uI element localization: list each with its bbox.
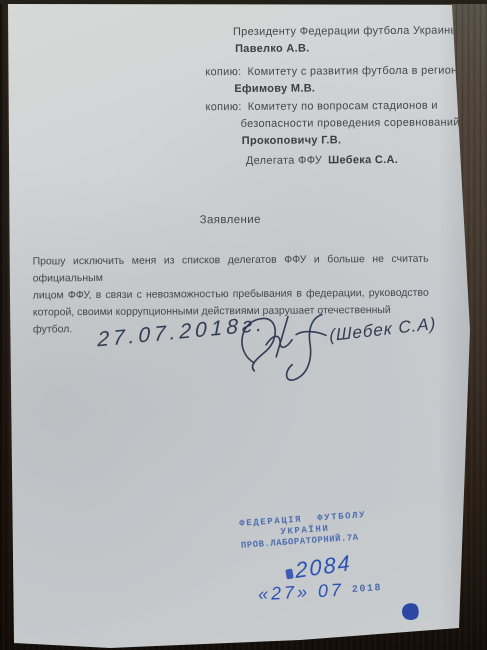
printed-text-layer: Президенту Федерации футбола Украины Пав… (0, 0, 487, 650)
recipient-line: копию:Комитету с развития футбола в реги… (205, 64, 470, 78)
sender-role: Делегата ФФУ (246, 154, 322, 167)
photo-background: Президенту Федерации футбола Украины Пав… (0, 0, 487, 650)
recipient2-name: Ефимову М.В. (234, 82, 315, 95)
recipient1-name: Павелко А.В. (235, 43, 310, 56)
sender-name: Шебека С.А. (328, 154, 398, 166)
number-sign-mark (285, 568, 294, 579)
table-surface-edge (0, 0, 487, 4)
recipient-line: Президенту Федерации футбола Украины (233, 24, 459, 38)
copy-prefix: копию: (205, 101, 241, 113)
signature-flourish (234, 302, 340, 387)
stamp-year: 2018 (352, 583, 383, 596)
recipient2-title: Комитету с развития футбола в регионах (247, 64, 469, 78)
paper-document: Президенту Федерации футбола Украины Пав… (0, 0, 487, 650)
stamp-handwritten-day-month: «27» 07 (258, 580, 345, 605)
recipient1-title: Президенту Федерации футбола Украины (233, 24, 459, 38)
statement-title: Заявление (32, 213, 428, 228)
body-line: Прошу исключить меня из списков делегато… (32, 251, 428, 288)
copy-prefix: копию: (205, 66, 241, 78)
recipient3-title-line2: безопасности проведения соревнований (241, 116, 460, 130)
sender-line: Делегата ФФУШебека С.А. (246, 154, 398, 167)
recipient-line: копию:Комитету по вопросам стадионов и (205, 100, 437, 114)
recipient3-title: Комитету по вопросам стадионов и (248, 100, 438, 113)
recipient3-name: Прокоповичу Г.В. (242, 134, 342, 147)
